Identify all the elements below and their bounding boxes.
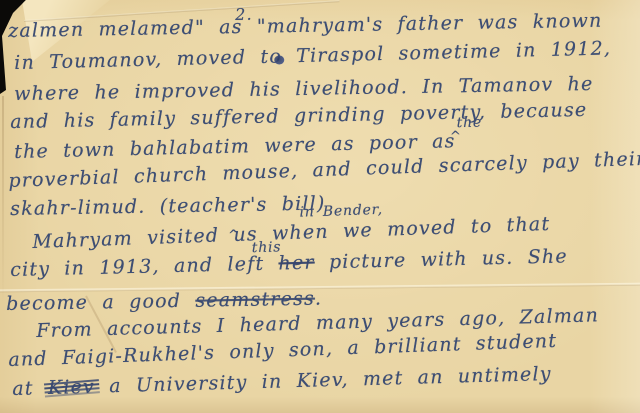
line-10-period: . [315, 287, 323, 309]
line-9-text-post: picture with us. She [329, 245, 568, 273]
line-2-word-to-with-ink-blot: to [260, 45, 282, 68]
scribbled-out-word-kiev: Kiev [48, 376, 96, 399]
line-7-text: skahr-limud. (teacher's bill) [10, 192, 326, 220]
handwritten-line-2: in Toumanov, moved to Tiraspol sometime … [14, 37, 611, 74]
line-2-text-post: Tiraspol sometime in 1912, [296, 37, 611, 67]
line-2-text-pre: in Toumanov, moved [14, 46, 246, 74]
line-10-text-pre: become a good [6, 290, 181, 315]
handwritten-line-13: at Kiev a University in Kiev, met an unt… [12, 363, 552, 400]
letter-page: 2. zalmen melamed" as "mahryam's father … [0, 0, 640, 413]
struck-word-her: her [278, 252, 315, 275]
line-1-text: zalmen melamed" as "mahryam's father was… [8, 10, 603, 42]
caret-mark-the: ^ [450, 129, 462, 144]
line-4-text: and his family suffered grinding poverty… [10, 99, 588, 133]
handwritten-line-4: and his family suffered grinding poverty… [10, 99, 588, 133]
struck-word-seamstress: seamstress [195, 288, 315, 312]
caret-mark-in-bender: ^ [228, 228, 241, 243]
handwritten-line-1: zalmen melamed" as "mahryam's father was… [8, 10, 603, 42]
line-8-text-pre: Mahryam visited us [32, 223, 258, 253]
line-13-text-post: a University in Kiev, met an untimely [109, 363, 552, 397]
line-13-text-pre: at [12, 377, 34, 400]
line-9-text-pre: city in 1913, and left [10, 253, 265, 281]
inserted-word-this: this [252, 239, 282, 256]
handwritten-line-7: skahr-limud. (teacher's bill) [10, 192, 326, 220]
handwritten-line-10: become a good seamstress. [6, 287, 322, 315]
inserted-phrase-in-bender: in Bender, [299, 202, 383, 221]
crease-line-left [2, 96, 4, 306]
